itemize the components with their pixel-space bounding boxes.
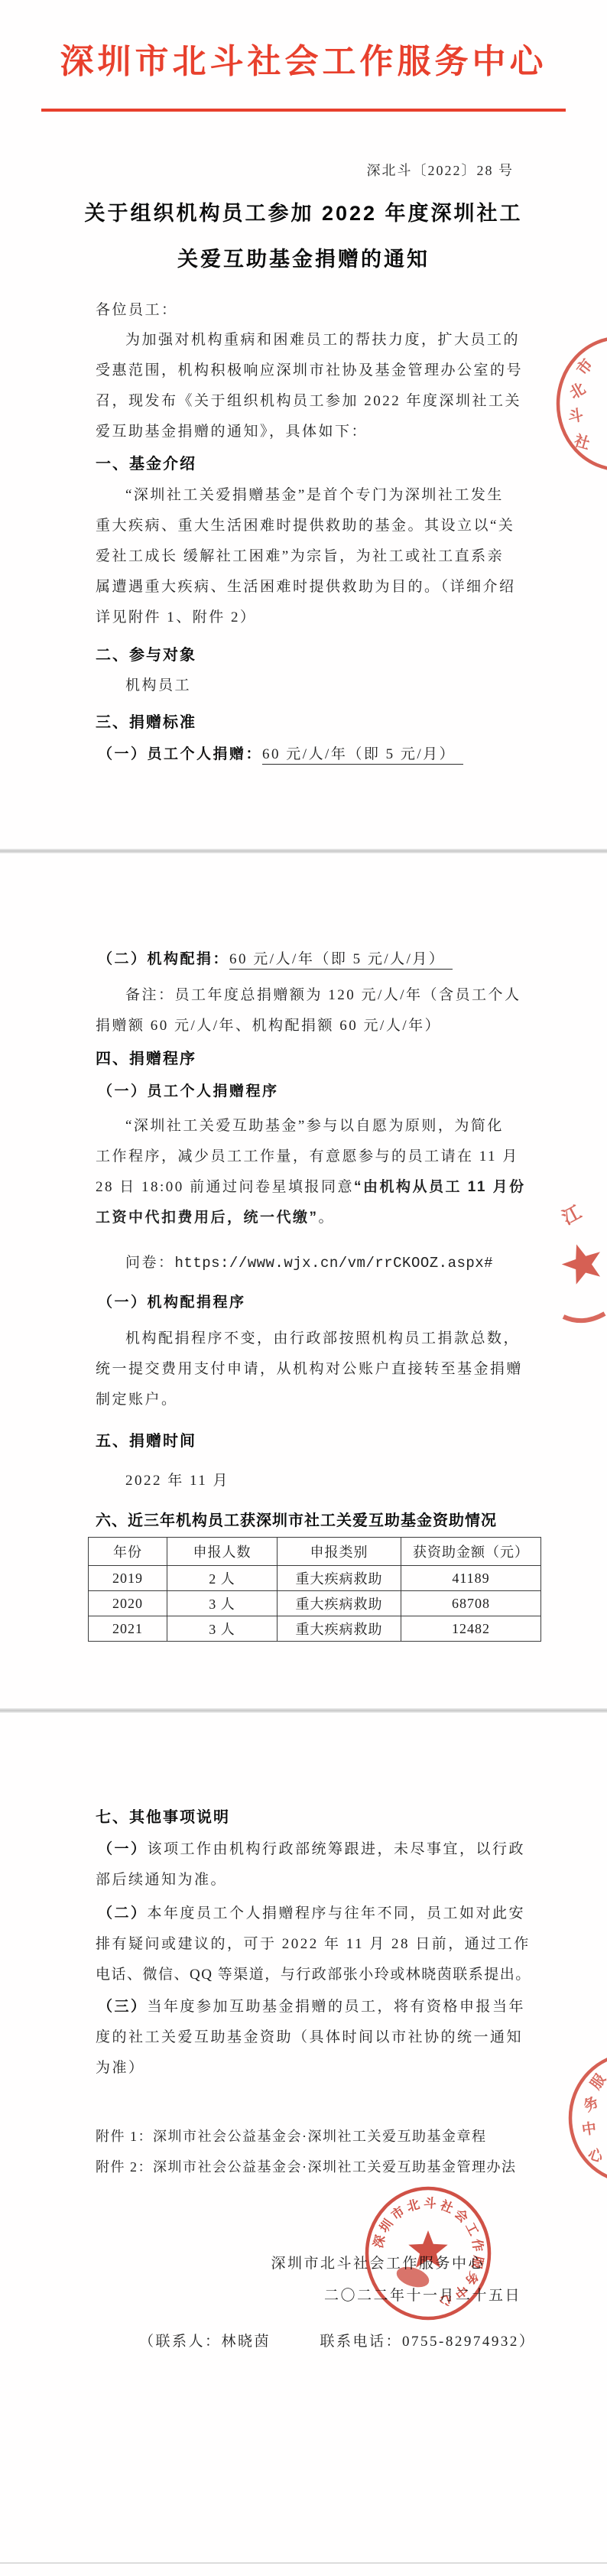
sub1-heading: （一）员工个人捐赠程序 xyxy=(98,1080,279,1100)
para1-line3-bold: “由机构从员工 11 月份 xyxy=(354,1179,526,1195)
section6-heading: 六、近三年机构员工获深圳市社工关爱互助基金资助情况 xyxy=(96,1508,497,1530)
table-row: 2019 2 人 重大疾病救助 41189 xyxy=(89,1566,541,1591)
other-item3-line: 为准） xyxy=(96,2057,145,2080)
other-item1-line: （一）该项工作由机构行政部统筹跟进，未尽事宜，以行政 xyxy=(98,1838,525,1861)
cell-category: 重大疾病救助 xyxy=(278,1566,401,1591)
salutation: 各位员工： xyxy=(96,299,178,322)
survey-label: 问卷： xyxy=(125,1255,175,1271)
svg-text:斗: 斗 xyxy=(566,405,584,426)
item-marker: （一） xyxy=(98,1841,148,1857)
para2-line: 统一提交费用支付申请，从机构对公账户直接转至基金捐赠 xyxy=(96,1358,523,1381)
para2-line: 机构配捐程序不变，由行政部按照机构员工捐款总数， xyxy=(96,1327,520,1350)
para1-line: 工资中代扣费用后，统一代缴”。 xyxy=(96,1207,335,1230)
page-separator-3 xyxy=(0,2562,607,2564)
cell-year: 2021 xyxy=(89,1616,167,1642)
intro-line: 召，现发布《关于组织机构员工参加 2022 年度深圳社工关 xyxy=(96,390,521,413)
col-header-category: 申报类别 xyxy=(278,1538,401,1566)
official-seal-partial-page3: 服 务 中 心 xyxy=(555,2054,607,2185)
attachment-2: 附件 2：深圳市社会公益基金会·深圳社工关爱互助基金管理办法 xyxy=(96,2156,517,2176)
item-text: 本年度员工个人捐赠程序与往年不同，员工如对此安 xyxy=(148,1905,526,1921)
section1-line: “深圳社工关爱捐赠基金”是首个专门为深圳社工发生 xyxy=(96,484,504,507)
section1-line: 爱社工成长 缓解社工困难”为宗旨，为社工或社工直系亲 xyxy=(96,545,504,568)
section1-heading: 一、基金介绍 xyxy=(96,451,196,473)
para1-line: 工作程序，减少员工工作量，有意愿参与的员工请在 11 月 xyxy=(96,1145,519,1168)
cell-amount: 12482 xyxy=(401,1616,541,1642)
para1-line: 28 日 18:00 前通过问卷星填报同意“由机构从员工 11 月份 xyxy=(96,1176,526,1199)
cell-amount: 68708 xyxy=(401,1591,541,1616)
survey-url: https://www.wjx.cn/vm/rrCKOOZ.aspx# xyxy=(175,1255,494,1272)
svg-text:服: 服 xyxy=(587,2071,607,2093)
section1-line: 详见附件 1、附件 2） xyxy=(96,606,257,629)
page-separator-1 xyxy=(0,849,607,853)
other-item2-line: （二）本年度员工个人捐赠程序与往年不同，员工如对此安 xyxy=(98,1902,525,1925)
document-page: 深圳市北斗社会工作服务中心 深北斗〔2022〕28 号 关于组织机构员工参加 2… xyxy=(0,0,607,2576)
svg-text:心: 心 xyxy=(586,2146,605,2166)
intro-line: 为加强对机构重病和困难员工的帮扶力度，扩大员工的 xyxy=(96,329,520,352)
section7-heading: 七、其他事项说明 xyxy=(96,1804,230,1827)
svg-text:北: 北 xyxy=(566,379,589,402)
signature-date: 二〇二二年十一月二十五日 xyxy=(324,2285,521,2308)
cell-year: 2020 xyxy=(89,1591,167,1616)
other-item3-line: 度的社工关爱互助基金资助（具体时间以市社协的统一通知 xyxy=(96,2026,523,2049)
svg-text:务: 务 xyxy=(580,2093,602,2115)
other-item1-line: 部后续通知为准。 xyxy=(96,1869,227,1892)
title-line-1: 关于组织机构员工参加 2022 年度深圳社工 xyxy=(0,197,607,226)
survey-line: 问卷：https://www.wjx.cn/vm/rrCKOOZ.aspx# xyxy=(125,1252,493,1275)
other-item3-line: （三）当年度参加互助基金捐赠的员工，将有资格申报当年 xyxy=(98,1996,525,2019)
cell-amount: 41189 xyxy=(401,1566,541,1591)
item-text: 当年度参加互助基金捐赠的员工，将有资格申报当年 xyxy=(148,1999,526,2015)
grant-history-table: 年份 申报人数 申报类别 获资助金额（元） 2019 2 人 重大疾病救助 41… xyxy=(88,1537,541,1642)
svg-text:江: 江 xyxy=(560,1202,586,1230)
col-header-applicants: 申报人数 xyxy=(167,1538,278,1566)
official-seal-fragment-page2: 江 xyxy=(560,1193,607,1334)
col-header-amount: 获资助金额（元） xyxy=(401,1538,541,1566)
item1-label: （一）员工个人捐赠： xyxy=(98,746,262,762)
letterhead-org-name: 深圳市北斗社会工作服务中心 xyxy=(0,34,607,83)
cell-year: 2019 xyxy=(89,1566,167,1591)
attachment-1: 附件 1：深圳市社会公益基金会·深圳社工关爱互助基金章程 xyxy=(96,2126,487,2146)
para1-line4-normal: 。 xyxy=(319,1210,336,1226)
table-row: 2020 3 人 重大疾病救助 68708 xyxy=(89,1591,541,1616)
doc-number: 深北斗〔2022〕28 号 xyxy=(367,160,514,180)
para1-line: “深圳社工关爱互助基金”参与以自愿为原则，为简化 xyxy=(96,1115,504,1138)
section3-heading: 三、捐赠标准 xyxy=(96,710,196,732)
svg-text:社: 社 xyxy=(572,430,592,453)
section2-body: 机构员工 xyxy=(125,674,191,697)
page-separator-2 xyxy=(0,1708,607,1713)
table-header-row: 年份 申报人数 申报类别 获资助金额（元） xyxy=(89,1538,541,1566)
table-row: 2021 3 人 重大疾病救助 12482 xyxy=(89,1616,541,1642)
letterhead-rule xyxy=(41,109,566,112)
cell-category: 重大疾病救助 xyxy=(278,1591,401,1616)
other-item2-line: 排有疑问或建议的，可于 2022 年 11 月 28 日前，通过工作 xyxy=(96,1933,531,1956)
svg-text:中: 中 xyxy=(580,2120,597,2139)
note-line: 捐赠额 60 元/人/年、机构配捐额 60 元/人/年） xyxy=(96,1015,441,1038)
sub2-heading: （一）机构配捐程序 xyxy=(98,1291,246,1311)
section5-heading: 五、捐赠时间 xyxy=(96,1428,196,1450)
para1-line4-bold: 工资中代扣费用后，统一代缴” xyxy=(96,1210,319,1226)
cell-applicants: 3 人 xyxy=(167,1591,278,1616)
svg-text:市: 市 xyxy=(573,356,596,379)
cell-category: 重大疾病救助 xyxy=(278,1616,401,1642)
star-icon xyxy=(560,1238,607,1287)
item-text: 该项工作由机构行政部统筹跟进，未尽事宜，以行政 xyxy=(148,1841,526,1857)
section2-heading: 二、参与对象 xyxy=(96,642,196,664)
cell-applicants: 2 人 xyxy=(167,1566,278,1591)
section4-heading: 四、捐赠程序 xyxy=(96,1046,196,1068)
item2-label: （二）机构配捐： xyxy=(98,951,229,967)
col-header-year: 年份 xyxy=(89,1538,167,1566)
section5-body: 2022 年 11 月 xyxy=(125,1470,229,1493)
intro-line: 爱互助基金捐赠的通知》，具体如下： xyxy=(96,421,368,443)
other-item2-line: 电话、微信、QQ 等渠道，与行政部张小玲或林晓茵联系提出。 xyxy=(96,1964,531,1986)
cell-applicants: 3 人 xyxy=(167,1616,278,1642)
title-line-2: 关爱互助基金捐赠的通知 xyxy=(0,242,607,272)
section1-line: 属遭遇重大疾病、生活困难时提供救助为目的。（详细介绍 xyxy=(96,576,516,599)
section1-line: 重大疾病、重大生活困难时提供救助的基金。其设立以“关 xyxy=(96,515,514,538)
item2-value: 60 元/人/年（即 5 元/人/月） xyxy=(229,951,453,970)
note-line: 备注：员工年度总捐赠额为 120 元/人/年（含员工个人 xyxy=(125,984,521,1007)
para1-line3-normal: 28 日 18:00 前通过问卷星填报同意 xyxy=(96,1179,354,1195)
intro-line: 受惠范围，机构积极响应深圳市社协及基金管理办公室的号 xyxy=(96,359,523,382)
para2-line: 制定账户。 xyxy=(96,1389,178,1411)
item1-value: 60 元/人/年（即 5 元/月） xyxy=(262,746,463,765)
contact-line: （联系人：林晓茵 联系电话：0755-82974932） xyxy=(139,2331,535,2353)
item-marker: （三） xyxy=(98,1999,148,2015)
donation-standard-item1: （一）员工个人捐赠：60 元/人/年（即 5 元/月） xyxy=(98,743,463,766)
official-seal-partial-page1: 市 北 斗 社 xyxy=(544,336,607,474)
donation-standard-item2: （二）机构配捐：60 元/人/年（即 5 元/人/月） xyxy=(98,948,453,971)
item-marker: （二） xyxy=(98,1905,148,1921)
signature-org: 深圳市北斗社会工作服务中心 xyxy=(271,2253,485,2276)
